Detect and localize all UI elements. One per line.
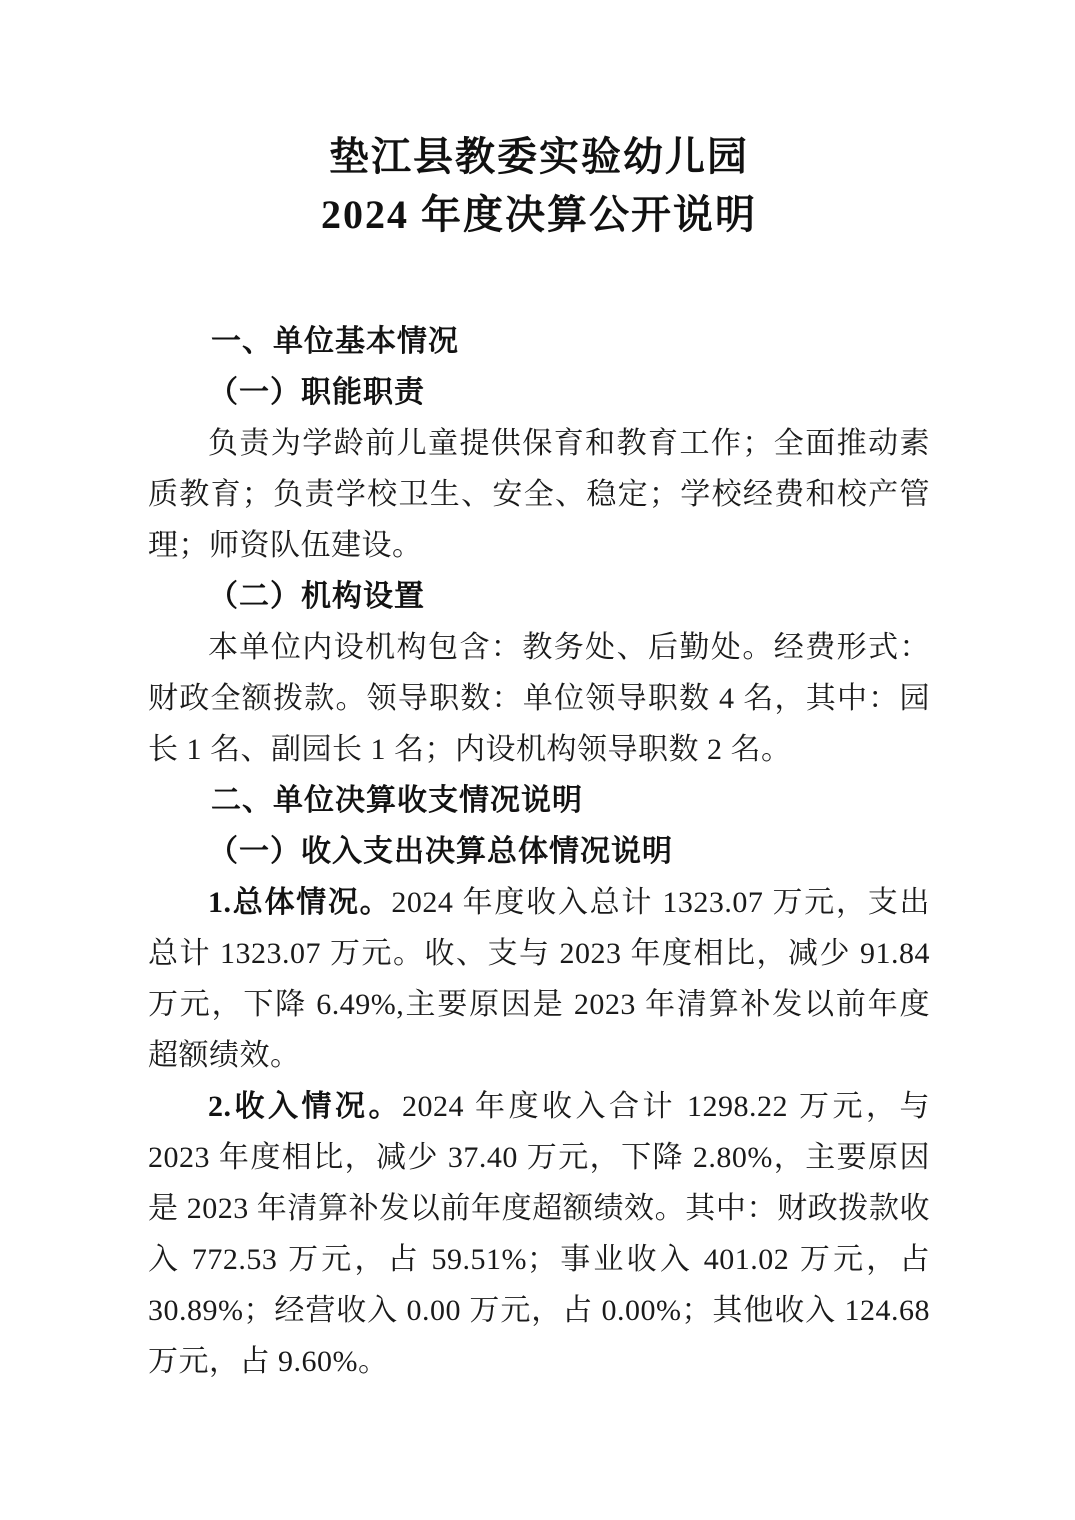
subsection-heading-duties: （一）职能职责 (148, 367, 930, 418)
document-body: 一、单位基本情况 （一）职能职责 负责为学龄前儿童提供保育和教育工作；全面推动素… (148, 316, 930, 1387)
paragraph-overall-situation: 1.总体情况。2024 年度收入总计 1323.07 万元，支出总计 1323.… (148, 877, 930, 1081)
document-title: 垫江县教委实验幼儿园 2024 年度决算公开说明 (148, 128, 930, 244)
paragraph-income-situation: 2.收入情况。2024 年度收入合计 1298.22 万元，与 2023 年度相… (148, 1081, 930, 1387)
subsection-heading-income-expense-overview: （一）收入支出决算总体情况说明 (148, 826, 930, 877)
title-line-2: 2024 年度决算公开说明 (148, 186, 930, 244)
subsection-heading-org-structure: （二）机构设置 (148, 571, 930, 622)
paragraph-duties: 负责为学龄前儿童提供保育和教育工作；全面推动素质教育；负责学校卫生、安全、稳定；… (148, 418, 930, 571)
section-heading-final-accounts: 二、单位决算收支情况说明 (148, 775, 930, 826)
document-page: 垫江县教委实验幼儿园 2024 年度决算公开说明 一、单位基本情况 （一）职能职… (0, 0, 1075, 1520)
paragraph-income-text: 2024 年度收入合计 1298.22 万元，与 2023 年度相比，减少 37… (148, 1090, 930, 1378)
section-heading-unit-basic-info: 一、单位基本情况 (148, 316, 930, 367)
title-line-1: 垫江县教委实验幼儿园 (148, 128, 930, 186)
paragraph-overall-lead: 1.总体情况。 (208, 886, 391, 919)
paragraph-org-structure: 本单位内设机构包含：教务处、后勤处。经费形式：财政全额拨款。领导职数：单位领导职… (148, 622, 930, 775)
paragraph-income-lead: 2.收入情况。 (208, 1090, 402, 1123)
